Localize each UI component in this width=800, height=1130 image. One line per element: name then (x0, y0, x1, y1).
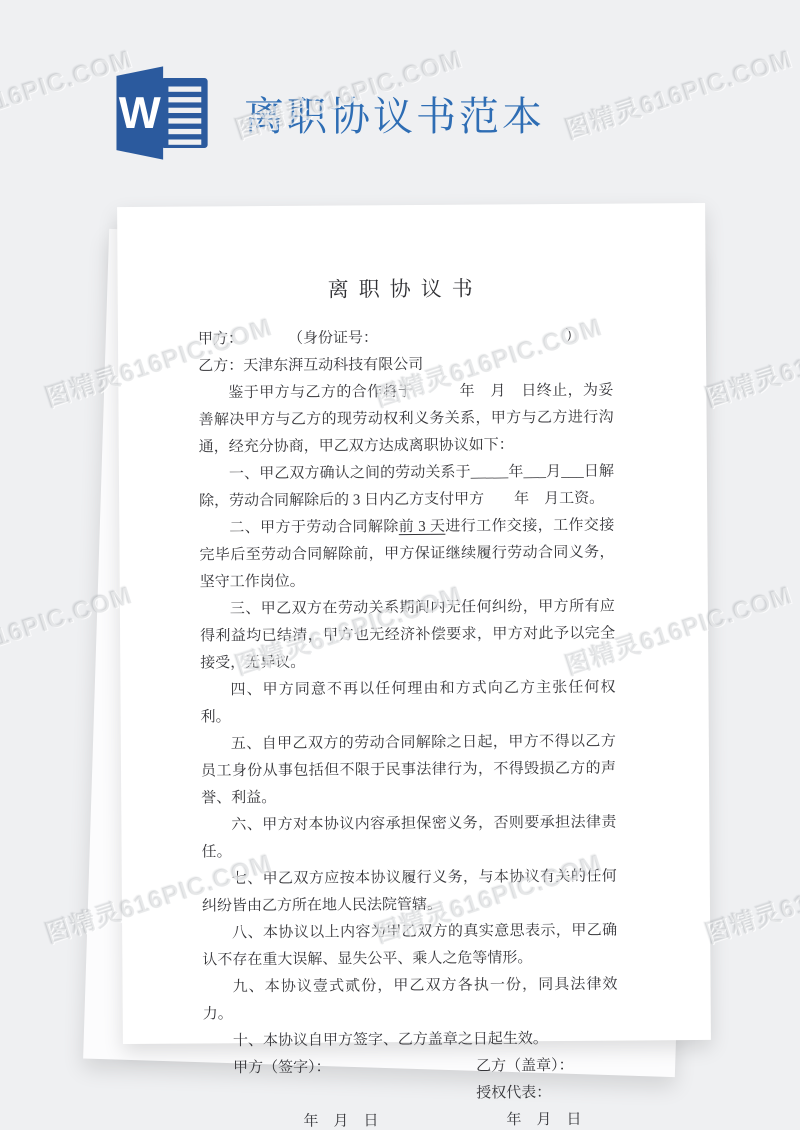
contract-paragraph: 九、本协议壹式贰份，甲乙双方各执一份，同具法律效力。 (202, 972, 617, 1029)
watermark-text: 图精灵616PIC.COM (700, 843, 800, 950)
paragraph-text: 一、甲乙双方确认之间的劳动关系于_____年___月___日解除，劳动合同解除后… (199, 464, 614, 510)
date-line-left: 年 月 日 (233, 1108, 476, 1130)
paragraph-text: 二、甲方于劳动合同解除 (229, 519, 398, 536)
paragraph-text: 八、本协议以上内容为甲乙双方的真实意思表示，甲乙确认不存在重大误解、显失公平、乘… (202, 923, 617, 969)
party-b-seal-label: 乙方（盖章）： (476, 1053, 618, 1081)
paragraph-text: 十、本协议自甲方签字、乙方盖章之日起生效。 (233, 1031, 548, 1049)
party-a-sign-label: 甲方（签字）： (233, 1054, 476, 1083)
paragraph-text: 九、本协议壹式贰份，甲乙双方各执一份，同具法律效力。 (203, 977, 618, 1023)
contract-paragraph: 一、甲乙双方确认之间的劳动关系于_____年___月___日解除，劳动合同解除后… (199, 459, 614, 516)
date-line-right: 年 月 日 (476, 1107, 618, 1130)
word-icon-letter: W (119, 89, 161, 138)
underlined-text: 前 3 天 (399, 519, 446, 535)
party-a-line: 甲方： （身份证号： ） (198, 324, 613, 354)
template-preview-page: { "header": { "title": "离职协议书范本", "title… (0, 0, 800, 1130)
contract-paragraph: 六、甲方对本协议内容承担保密义务，否则要承担法律责任。 (201, 810, 616, 867)
paragraph-text: 四、甲方同意不再以任何理由和方式向乙方主张任何权利。 (201, 680, 616, 726)
contract-paragraph: 八、本协议以上内容为甲乙双方的真实意思表示，甲乙确认不存在重大误解、显失公平、乘… (202, 918, 617, 975)
doc-title: 离职协议书 (198, 274, 613, 305)
contract-paragraph: 四、甲方同意不再以任何理由和方式向乙方主张任何权利。 (200, 675, 615, 732)
paragraph-text: 三、甲乙双方在劳动关系期间内无任何纠纷，甲方所有应得利益均已结清，甲方也无经济补… (200, 599, 615, 672)
watermark-text: 图精灵616PIC.COM (700, 307, 800, 414)
document-content: 离职协议书 甲方： （身份证号： ） 乙方：天津东湃互动科技有限公司 鉴于甲方与… (117, 203, 711, 1130)
party-b-line: 乙方：天津东湃互动科技有限公司 (198, 351, 613, 381)
paragraph-text: 七、甲乙双方应按本协议履行义务，与本协议有关的任何纠纷皆由乙方所在地人民法院管辖… (202, 869, 617, 915)
contract-paragraph: 鉴于甲方与乙方的合作将于 年 月 日终止，为妥善解决甲方与乙方的现劳动权利义务关… (198, 378, 614, 462)
header: W 离职协议书范本 (108, 60, 545, 166)
paragraph-text: 五、自甲乙双方的劳动合同解除之日起，甲方不得以乙方员工身份从事包括但不限于民事法… (201, 734, 616, 807)
contract-paragraph: 七、甲乙双方应按本协议履行义务，与本协议有关的任何纠纷皆由乙方所在地人民法院管辖… (202, 864, 617, 921)
paragraph-text: 六、甲方对本协议内容承担保密义务，否则要承担法律责任。 (202, 815, 617, 861)
contract-paragraph: 二、甲方于劳动合同解除前 3 天进行工作交接，工作交接完毕后至劳动合同解除前，甲… (199, 513, 615, 597)
contract-paragraph: 五、自甲乙双方的劳动合同解除之日起，甲方不得以乙方员工身份从事包括但不限于民事法… (201, 729, 617, 813)
word-icon: W (108, 60, 214, 166)
contract-paragraphs: 鉴于甲方与乙方的合作将于 年 月 日终止，为妥善解决甲方与乙方的现劳动权利义务关… (198, 378, 618, 1056)
paragraph-text: 鉴于甲方与乙方的合作将于 年 月 日终止，为妥善解决甲方与乙方的现劳动权利义务关… (199, 383, 614, 456)
authorized-rep-label: 授权代表： (476, 1080, 618, 1108)
document-sheet: 离职协议书 甲方： （身份证号： ） 乙方：天津东湃互动科技有限公司 鉴于甲方与… (117, 203, 711, 1044)
contract-paragraph: 十、本协议自甲方签字、乙方盖章之日起生效。 (203, 1026, 618, 1056)
contract-paragraph: 三、甲乙双方在劳动关系期间内无任何纠纷，甲方所有应得利益均已结清，甲方也无经济补… (200, 594, 616, 678)
page-title: 离职协议书范本 (244, 85, 545, 142)
signature-right-column: 乙方（盖章）： 授权代表： 年 月 日 (476, 1053, 619, 1130)
signature-left-column: 甲方（签字）： 年 月 日 (203, 1054, 477, 1130)
signature-block: 甲方（签字）： 年 月 日 乙方（盖章）： 授权代表： 年 月 日 (203, 1053, 619, 1130)
watermark-text: 图精灵616PIC.COM (560, 39, 796, 146)
signature-spacer (233, 1081, 476, 1110)
